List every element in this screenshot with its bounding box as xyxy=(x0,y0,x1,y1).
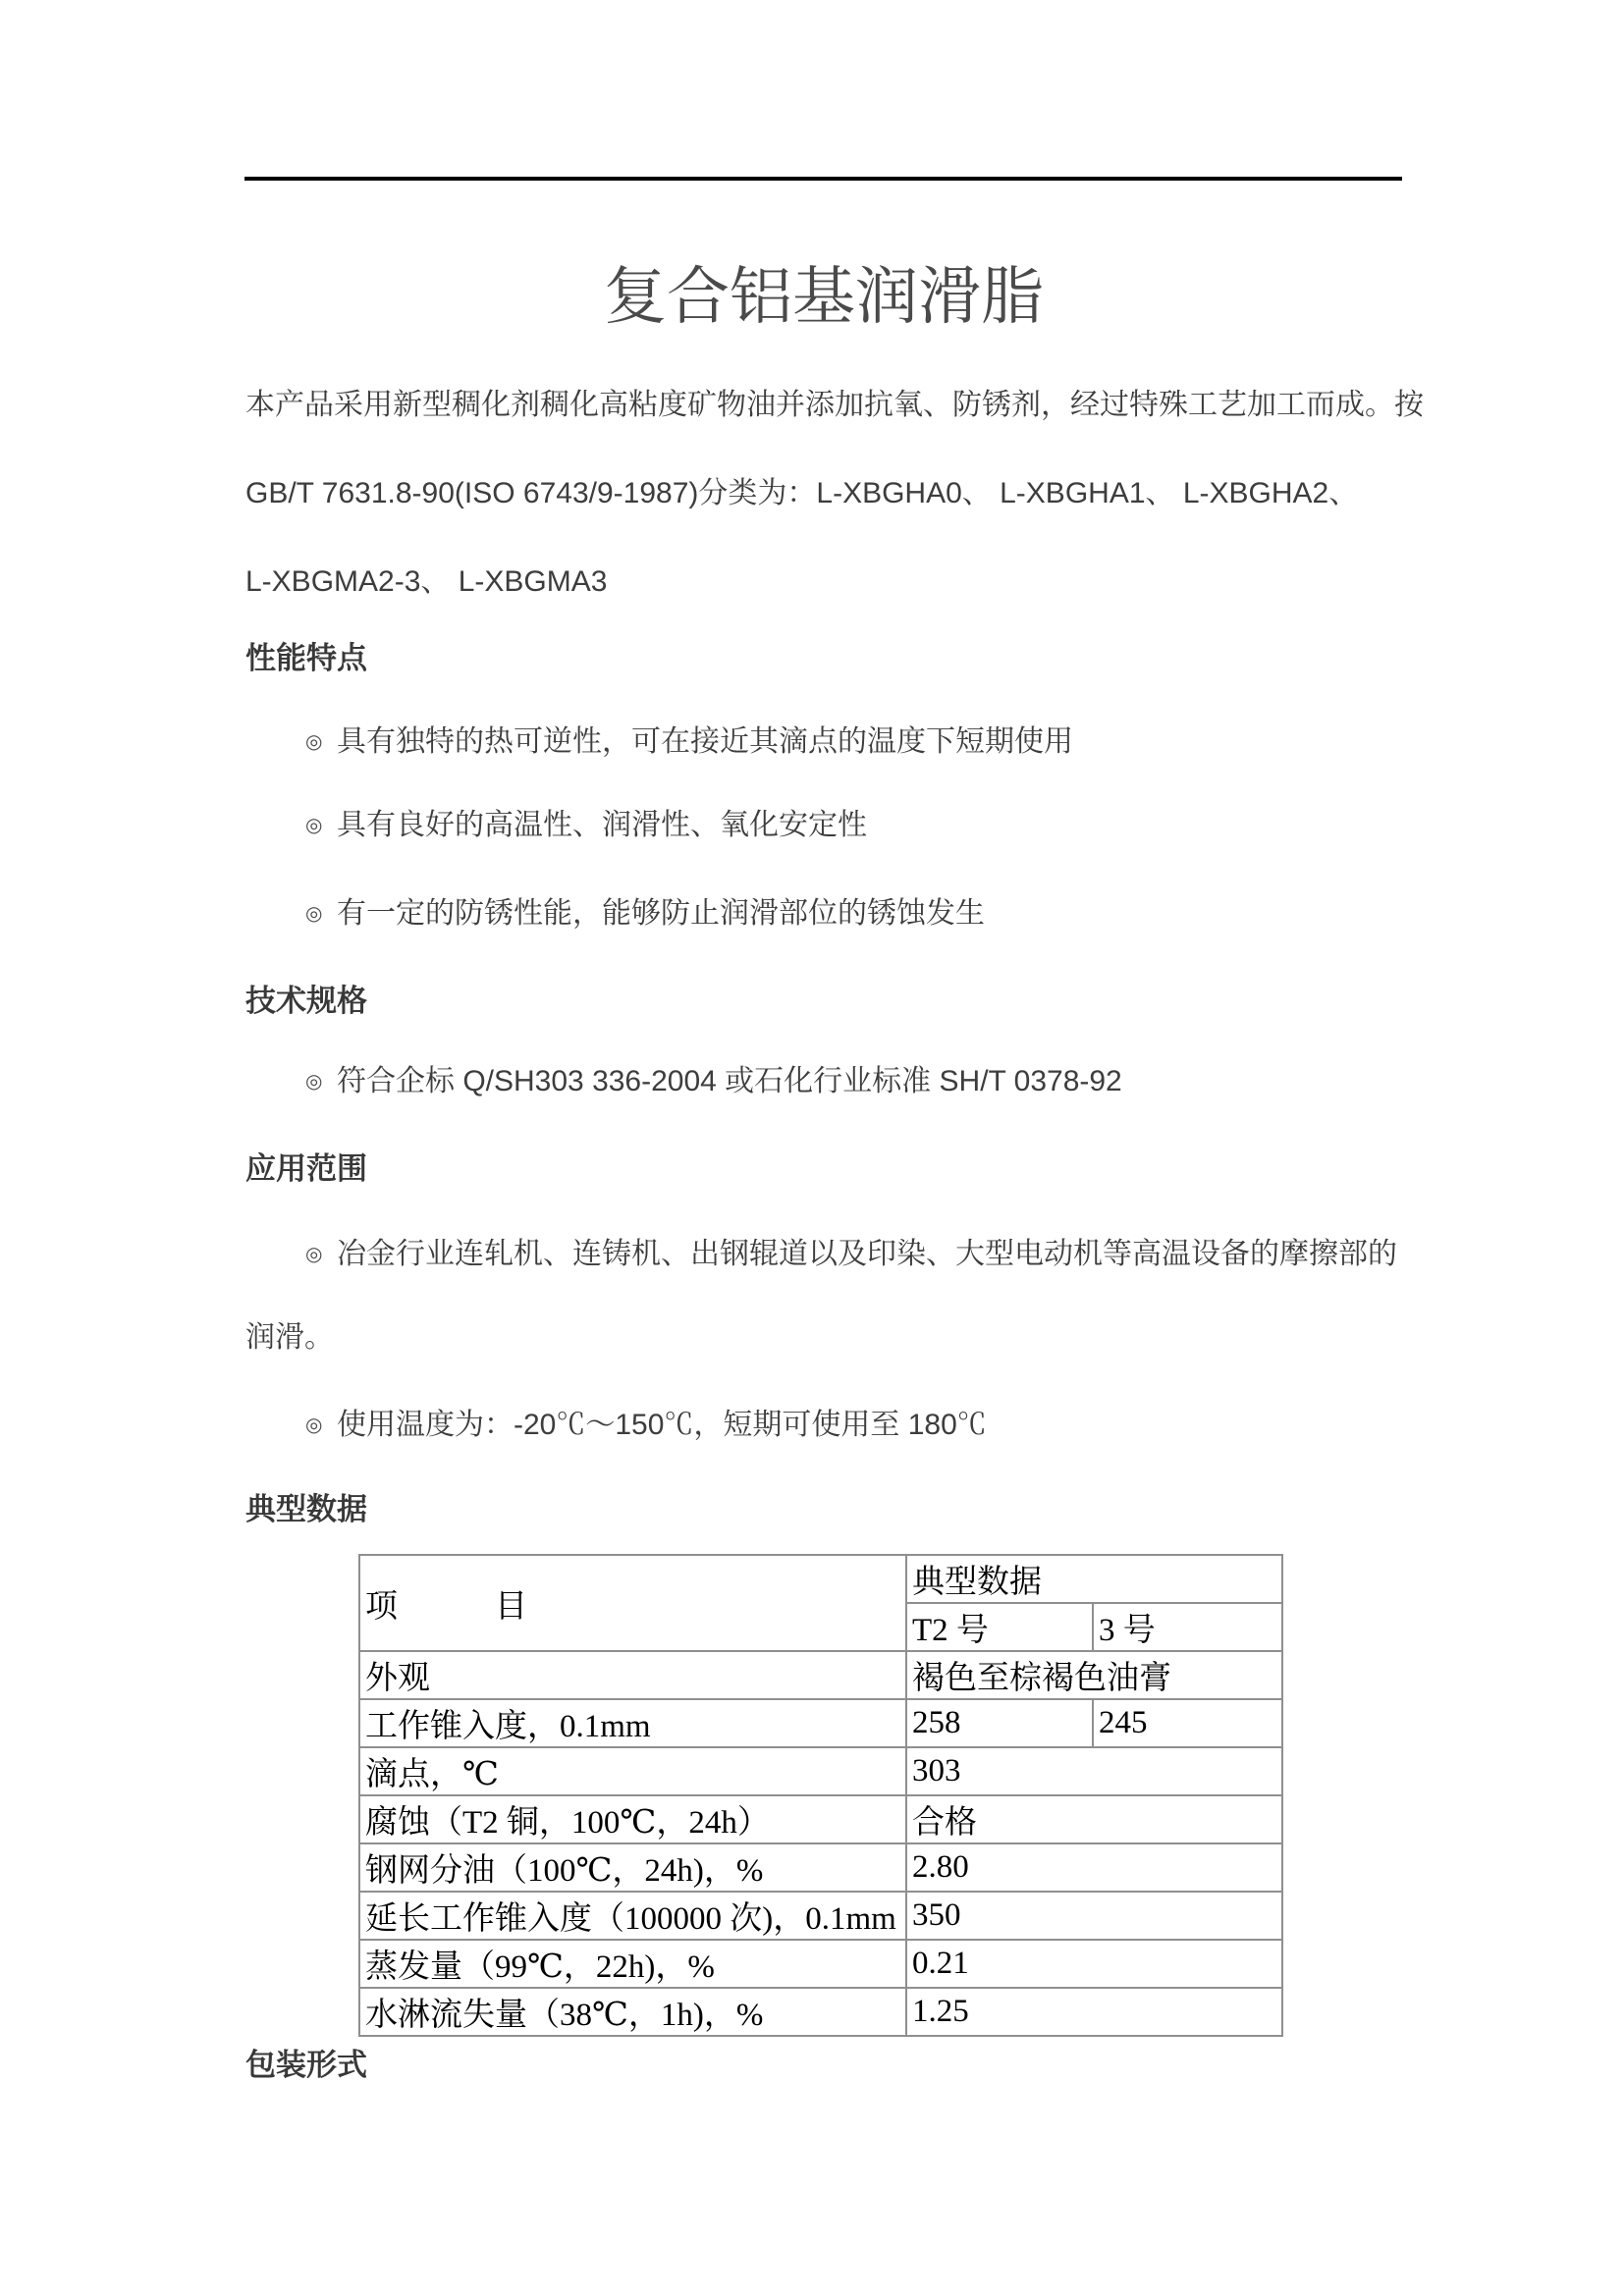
table-header-col1: T2 号 xyxy=(906,1603,1093,1651)
list-item-text: 使用温度为：-20℃～150℃，短期可使用至 180℃ xyxy=(337,1406,987,1445)
section-heading-typical-data: 典型数据 xyxy=(245,1491,367,1528)
list-item: ◎ 使用温度为：-20℃～150℃，短期可使用至 180℃ xyxy=(245,1406,987,1445)
table-row: 工作锥入度，0.1mm 258 245 xyxy=(359,1699,1282,1747)
list-item-text: 符合企标 Q/SH303 336-2004 或石化行业标准 SH/T 0378-… xyxy=(337,1062,1122,1101)
section-heading-specs: 技术规格 xyxy=(245,983,367,1020)
intro-line-1: 本产品采用新型稠化剂稠化高粘度矿物油并添加抗氧、防锈剂，经过特殊工艺加工而成。按 xyxy=(245,387,1402,424)
bullet-icon: ◎ xyxy=(305,1406,337,1445)
bullet-icon: ◎ xyxy=(305,722,337,762)
list-item: ◎ 符合企标 Q/SH303 336-2004 或石化行业标准 SH/T 037… xyxy=(245,1062,1122,1101)
list-item: ◎ 冶金行业连轧机、连铸机、出钢辊道以及印染、大型电动机等高温设备的摩擦部的 xyxy=(245,1235,1397,1274)
document-page: 复合铝基润滑脂 本产品采用新型稠化剂稠化高粘度矿物油并添加抗氧、防锈剂，经过特殊… xyxy=(0,0,1624,2296)
row-value: 0.21 xyxy=(906,1940,1282,1988)
list-item-text: 冶金行业连轧机、连铸机、出钢辊道以及印染、大型电动机等高温设备的摩擦部的 xyxy=(337,1235,1397,1274)
table-row: 水淋流失量（38℃，1h)，% 1.25 xyxy=(359,1988,1282,2036)
row-label: 延长工作锥入度（100000 次)，0.1mm xyxy=(359,1892,906,1940)
row-value: 合格 xyxy=(906,1795,1282,1843)
row-value: 褐色至棕褐色油膏 xyxy=(906,1651,1282,1699)
section-heading-applications: 应用范围 xyxy=(245,1150,367,1188)
list-item: ◎ 具有独特的热可逆性，可在接近其滴点的温度下短期使用 xyxy=(245,722,1073,762)
typical-data-table-wrap: 项 目 典型数据 T2 号 3 号 外观 褐色至棕褐色油膏 工作锥入度，0.1m… xyxy=(358,1554,1283,2037)
section-heading-features: 性能特点 xyxy=(245,640,367,677)
table-row: 滴点，℃ 303 xyxy=(359,1747,1282,1795)
row-value-3: 245 xyxy=(1093,1699,1282,1747)
list-item-wrap-line: 润滑。 xyxy=(245,1319,1402,1357)
table-header-col2: 3 号 xyxy=(1093,1603,1282,1651)
table-row: 外观 褐色至棕褐色油膏 xyxy=(359,1651,1282,1699)
row-label: 工作锥入度，0.1mm xyxy=(359,1699,906,1747)
list-item: ◎ 具有良好的高温性、润滑性、氧化安定性 xyxy=(245,806,867,845)
row-label: 外观 xyxy=(359,1651,906,1699)
list-item: ◎ 有一定的防锈性能，能够防止润滑部位的锈蚀发生 xyxy=(245,894,985,934)
list-item-text: 具有独特的热可逆性，可在接近其滴点的温度下短期使用 xyxy=(337,722,1073,762)
intro-line-3: L-XBGMA2-3、 L-XBGMA3 xyxy=(245,563,1402,601)
table-row: 蒸发量（99℃，22h)，% 0.21 xyxy=(359,1940,1282,1988)
page-title: 复合铝基润滑脂 xyxy=(245,257,1402,336)
table-header-group: 典型数据 xyxy=(906,1555,1282,1603)
table-row: 延长工作锥入度（100000 次)，0.1mm 350 xyxy=(359,1892,1282,1940)
header-rule xyxy=(244,177,1402,181)
table-row: 腐蚀（T2 铜，100℃，24h） 合格 xyxy=(359,1795,1282,1843)
row-label: 钢网分油（100℃，24h)，% xyxy=(359,1843,906,1892)
row-label: 滴点，℃ xyxy=(359,1747,906,1795)
bullet-icon: ◎ xyxy=(305,1062,337,1101)
typical-data-table: 项 目 典型数据 T2 号 3 号 外观 褐色至棕褐色油膏 工作锥入度，0.1m… xyxy=(358,1554,1283,2037)
row-value: 2.80 xyxy=(906,1843,1282,1892)
row-value: 303 xyxy=(906,1747,1282,1795)
row-label: 蒸发量（99℃，22h)，% xyxy=(359,1940,906,1988)
list-item-text: 有一定的防锈性能，能够防止润滑部位的锈蚀发生 xyxy=(337,894,985,934)
list-item-text: 具有良好的高温性、润滑性、氧化安定性 xyxy=(337,806,867,845)
table-header-row: 项 目 典型数据 xyxy=(359,1555,1282,1603)
bullet-icon: ◎ xyxy=(305,806,337,845)
table-row: 钢网分油（100℃，24h)，% 2.80 xyxy=(359,1843,1282,1892)
row-value: 1.25 xyxy=(906,1988,1282,2036)
table-header-item: 项 目 xyxy=(359,1555,906,1651)
intro-line-2: GB/T 7631.8-90(ISO 6743/9-1987)分类为：L-XBG… xyxy=(245,475,1402,512)
bullet-icon: ◎ xyxy=(305,1235,337,1274)
row-value: 350 xyxy=(906,1892,1282,1940)
section-heading-packaging: 包装形式 xyxy=(245,2047,367,2084)
row-value-t2: 258 xyxy=(906,1699,1093,1747)
row-label: 水淋流失量（38℃，1h)，% xyxy=(359,1988,906,2036)
row-label: 腐蚀（T2 铜，100℃，24h） xyxy=(359,1795,906,1843)
bullet-icon: ◎ xyxy=(305,894,337,934)
